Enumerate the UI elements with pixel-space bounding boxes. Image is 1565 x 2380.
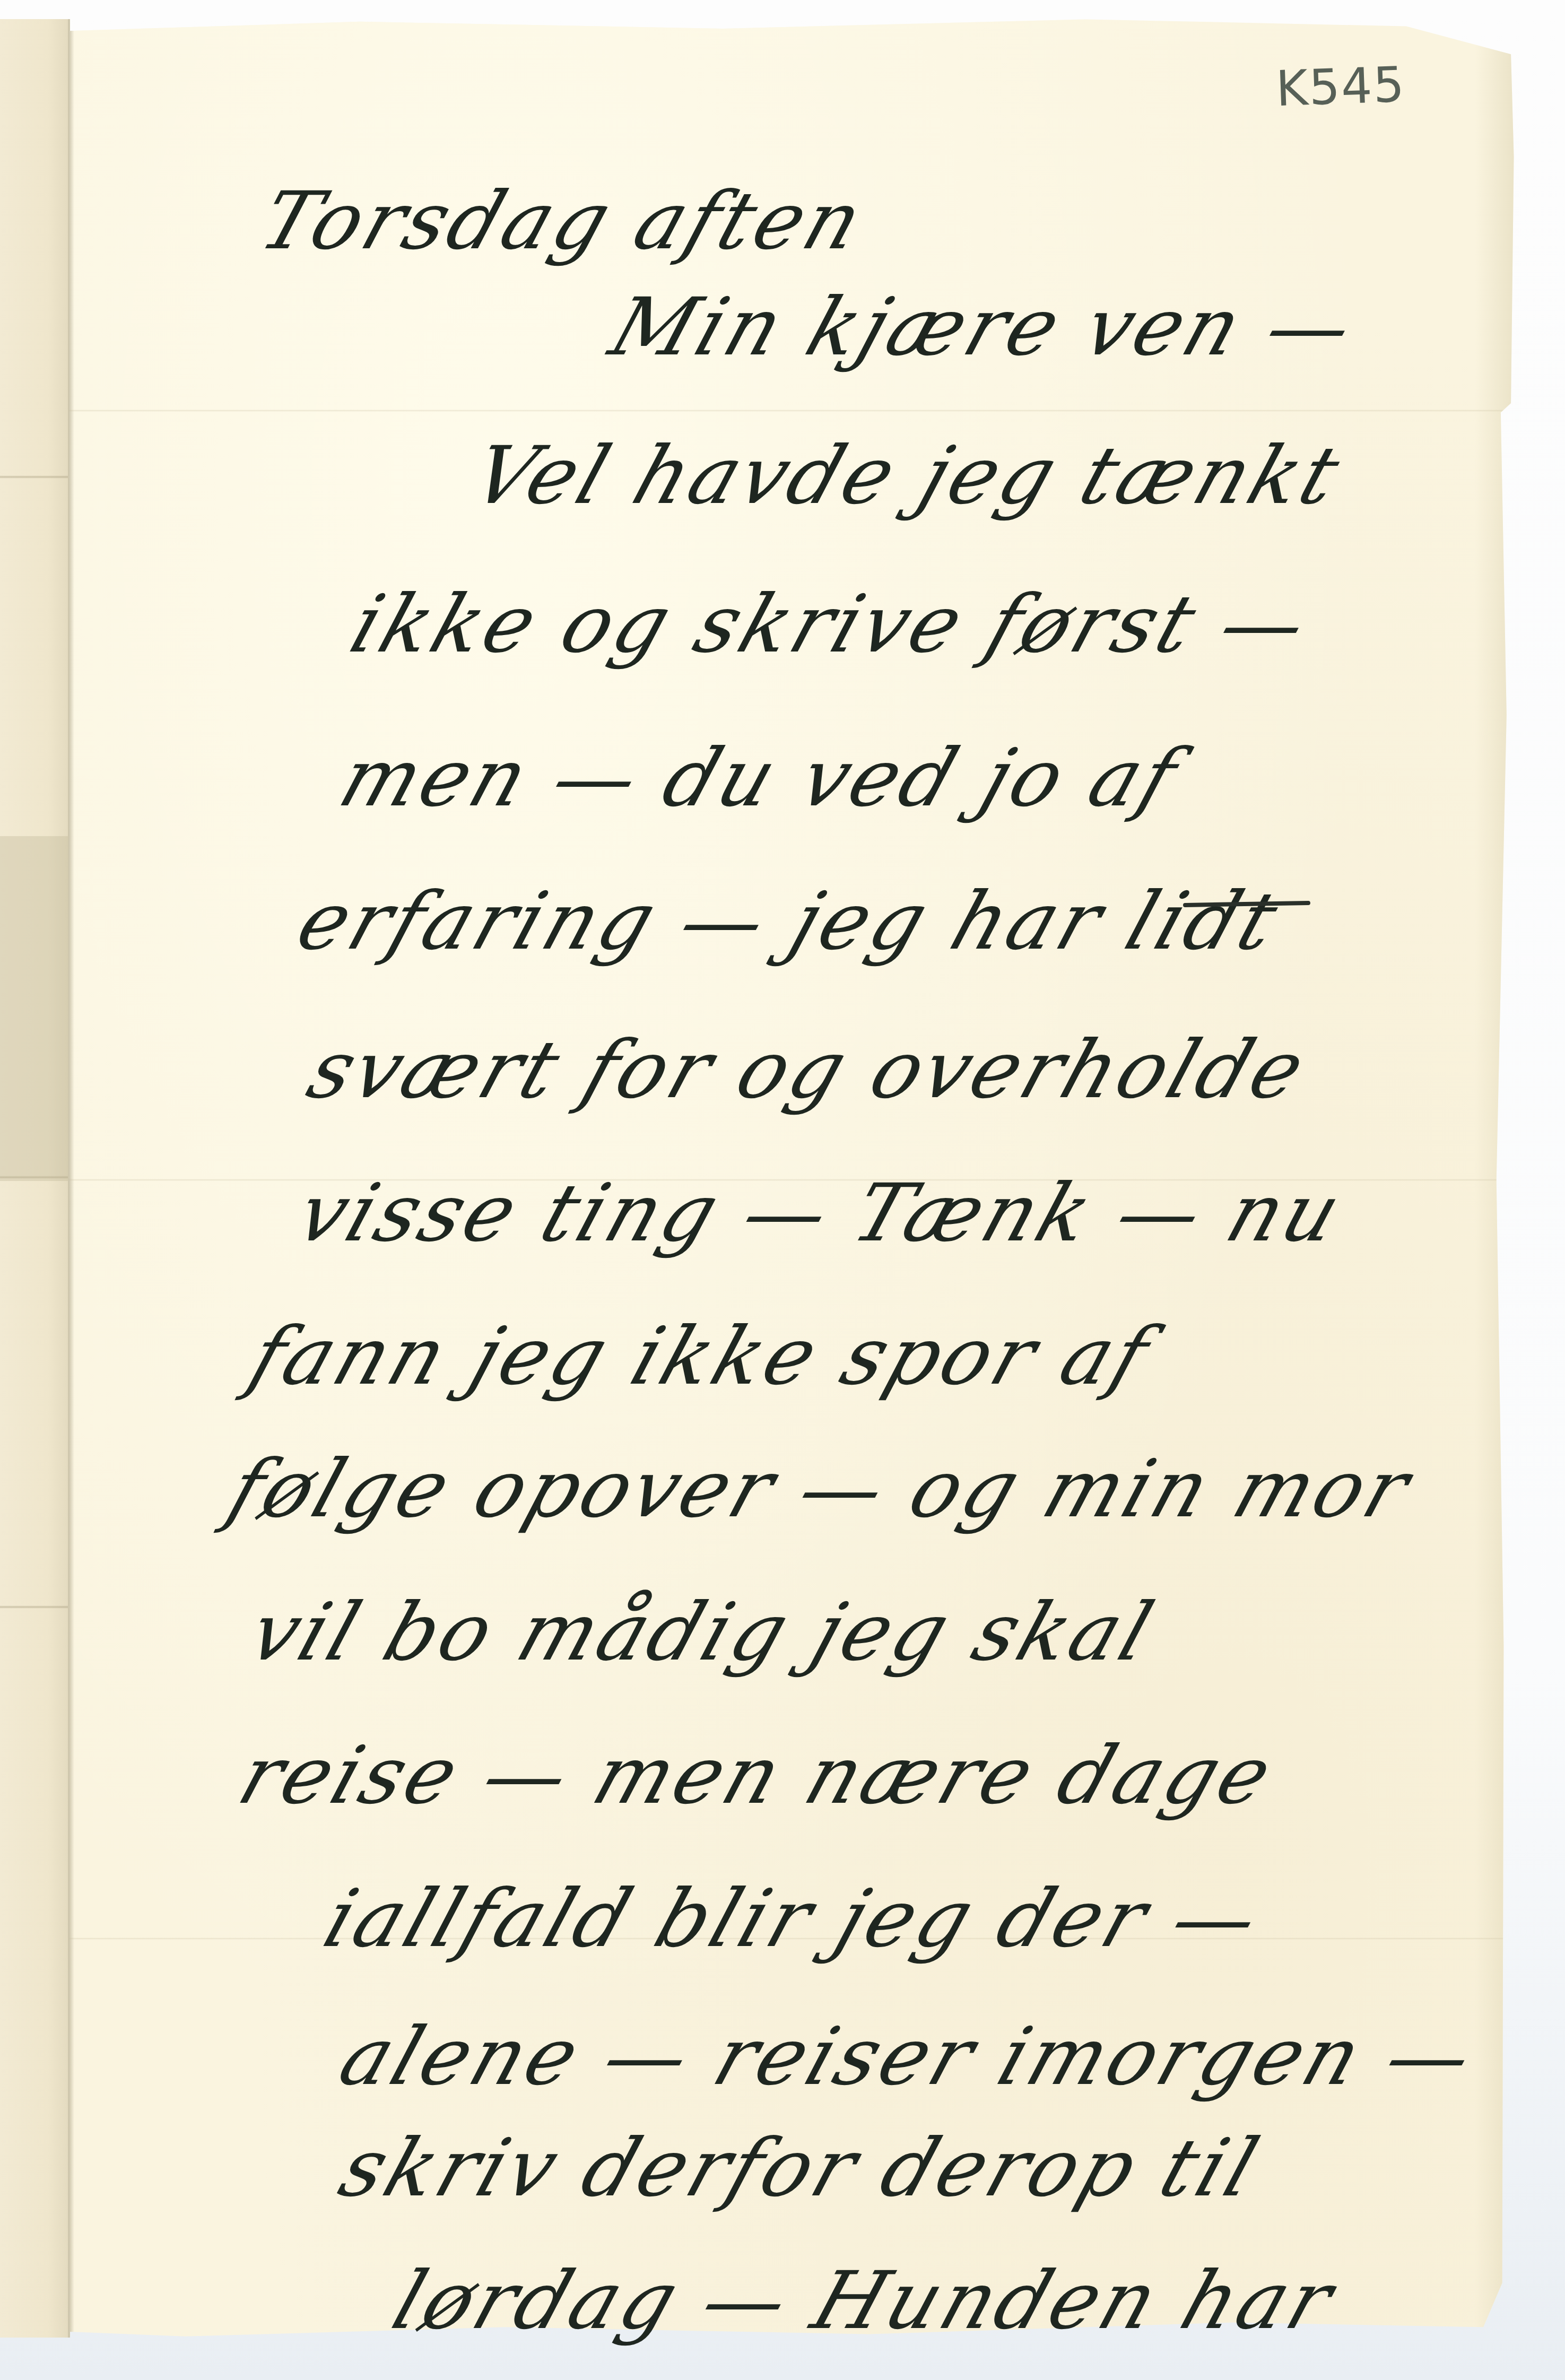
letter-dateline: Torsdag aften [249,175,876,267]
letter-line: lørdag — Hunden har [382,2255,1346,2347]
fold-crease [0,1605,68,1609]
letter-line: vil bo mådig jeg skal [239,1586,1167,1679]
letter-line: fann jeg ikke spor af [239,1310,1162,1403]
fold-shadow [0,836,68,1181]
letter-line: skriv derfor derop til [329,2122,1272,2214]
horizontal-fold [69,410,1523,412]
letter-line: Vel havde jeg tænkt [462,430,1353,522]
letter-line: erfaring — jeg har lidt [286,875,1291,968]
letter-line: følge opover — og min mor [218,1443,1423,1535]
letter-line: ikke og skrive først — [340,578,1321,671]
letter-salutation: Min kjære ven — [599,281,1367,373]
letter-line: men — du ved jo af [329,732,1190,824]
letter-line: alene — reiser imorgen — [329,2011,1486,2103]
folded-page-flap [0,19,70,2338]
letter-line: iallfald blir jeg der — [313,1873,1273,1965]
letter-line: visse ting — Tænk — nu [286,1167,1354,1260]
fold-crease [0,475,68,479]
letter-line: reise — men nære dage [228,1730,1285,1822]
letter-line: svært for og overholde [297,1024,1318,1116]
archive-reference-number: K545 [1275,56,1406,117]
